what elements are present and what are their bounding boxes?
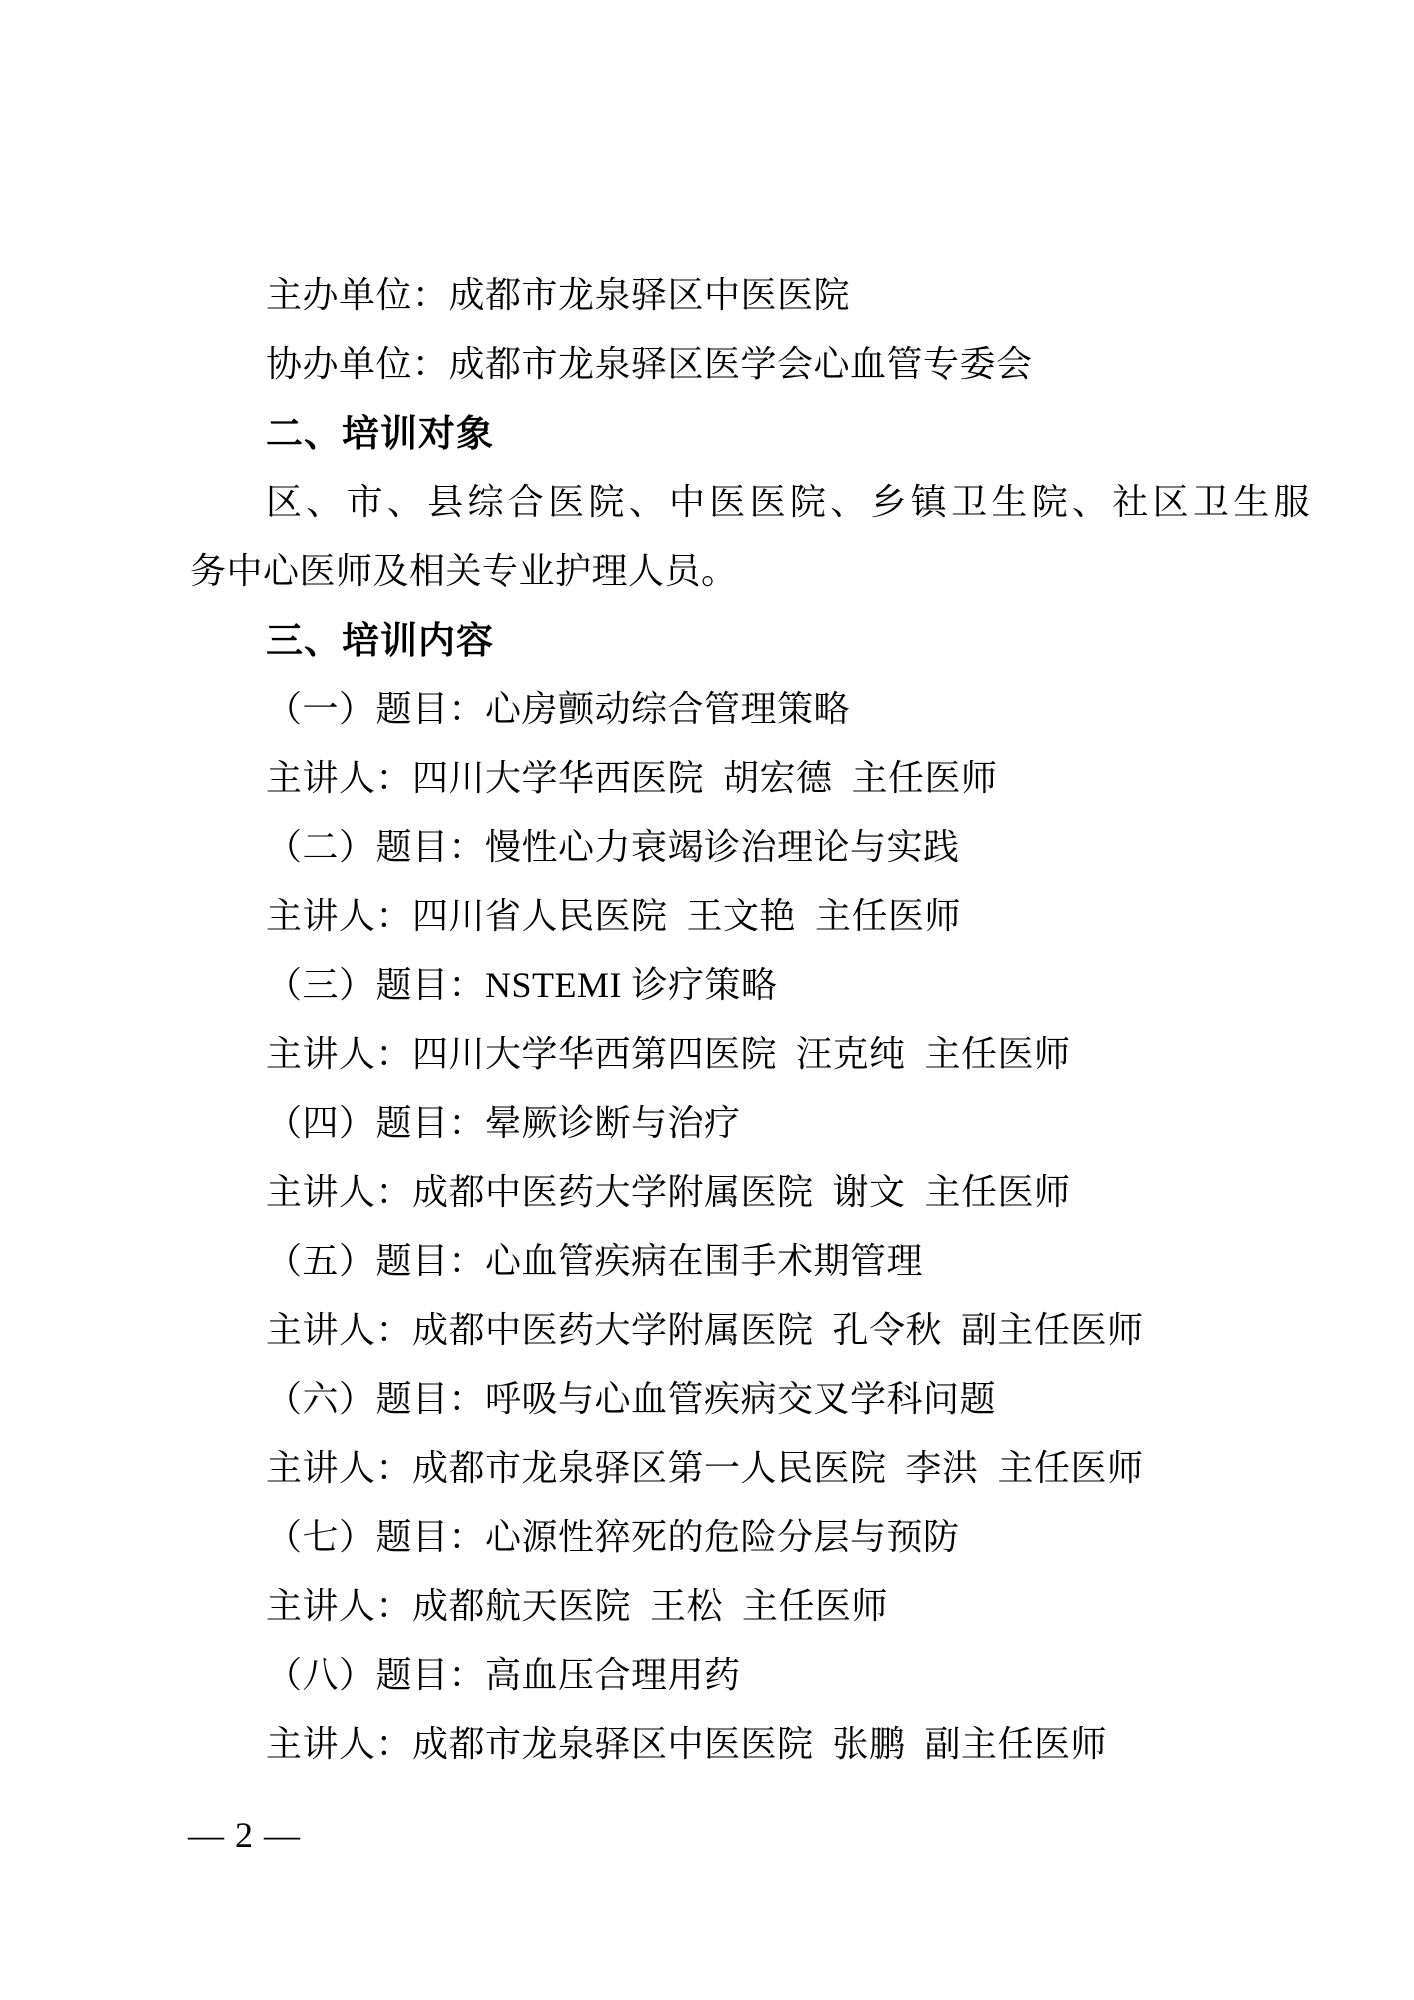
document-page: 主办单位：成都市龙泉驿区中医医院协办单位：成都市龙泉驿区医学会心血管专委会二、培…: [0, 0, 1414, 2000]
text-line: （八）题目：高血压合理用药: [190, 1641, 1260, 1710]
section-heading: 二、培训对象: [190, 399, 1260, 468]
text-line: （三）题目：NSTEMI 诊疗策略: [190, 951, 1260, 1020]
text-line: 主讲人：四川大学华西第四医院 汪克纯 主任医师: [190, 1020, 1260, 1089]
text-line: 主讲人：成都中医药大学附属医院 孔令秋 副主任医师: [190, 1296, 1260, 1365]
text-line: 主办单位：成都市龙泉驿区中医医院: [190, 261, 1260, 330]
text-line: 主讲人：四川大学华西医院 胡宏德 主任医师: [190, 744, 1260, 813]
text-line: 主讲人：成都航天医院 王松 主任医师: [190, 1572, 1260, 1641]
text-line: （四）题目：晕厥诊断与治疗: [190, 1089, 1260, 1158]
text-line: 主讲人：四川省人民医院 王文艳 主任医师: [190, 882, 1260, 951]
text-line: 主讲人：成都中医药大学附属医院 谢文 主任医师: [190, 1158, 1260, 1227]
text-line: （五）题目：心血管疾病在围手术期管理: [190, 1227, 1260, 1296]
text-line: （一）题目：心房颤动综合管理策略: [190, 675, 1260, 744]
text-line: （七）题目：心源性猝死的危险分层与预防: [190, 1503, 1260, 1572]
text-line: 协办单位：成都市龙泉驿区医学会心血管专委会: [190, 330, 1260, 399]
document-body: 主办单位：成都市龙泉驿区中医医院协办单位：成都市龙泉驿区医学会心血管专委会二、培…: [190, 261, 1260, 1779]
text-line: 区、市、县综合医院、中医医院、乡镇卫生院、社区卫生服: [190, 468, 1260, 537]
text-line: 务中心医师及相关专业护理人员。: [190, 537, 1260, 606]
text-line: （二）题目：慢性心力衰竭诊治理论与实践: [190, 813, 1260, 882]
text-line: （六）题目：呼吸与心血管疾病交叉学科问题: [190, 1365, 1260, 1434]
page-number: — 2 —: [188, 1812, 301, 1858]
text-line: 主讲人：成都市龙泉驿区中医医院 张鹏 副主任医师: [190, 1710, 1260, 1779]
text-line: 主讲人：成都市龙泉驿区第一人民医院 李洪 主任医师: [190, 1434, 1260, 1503]
section-heading: 三、培训内容: [190, 606, 1260, 675]
